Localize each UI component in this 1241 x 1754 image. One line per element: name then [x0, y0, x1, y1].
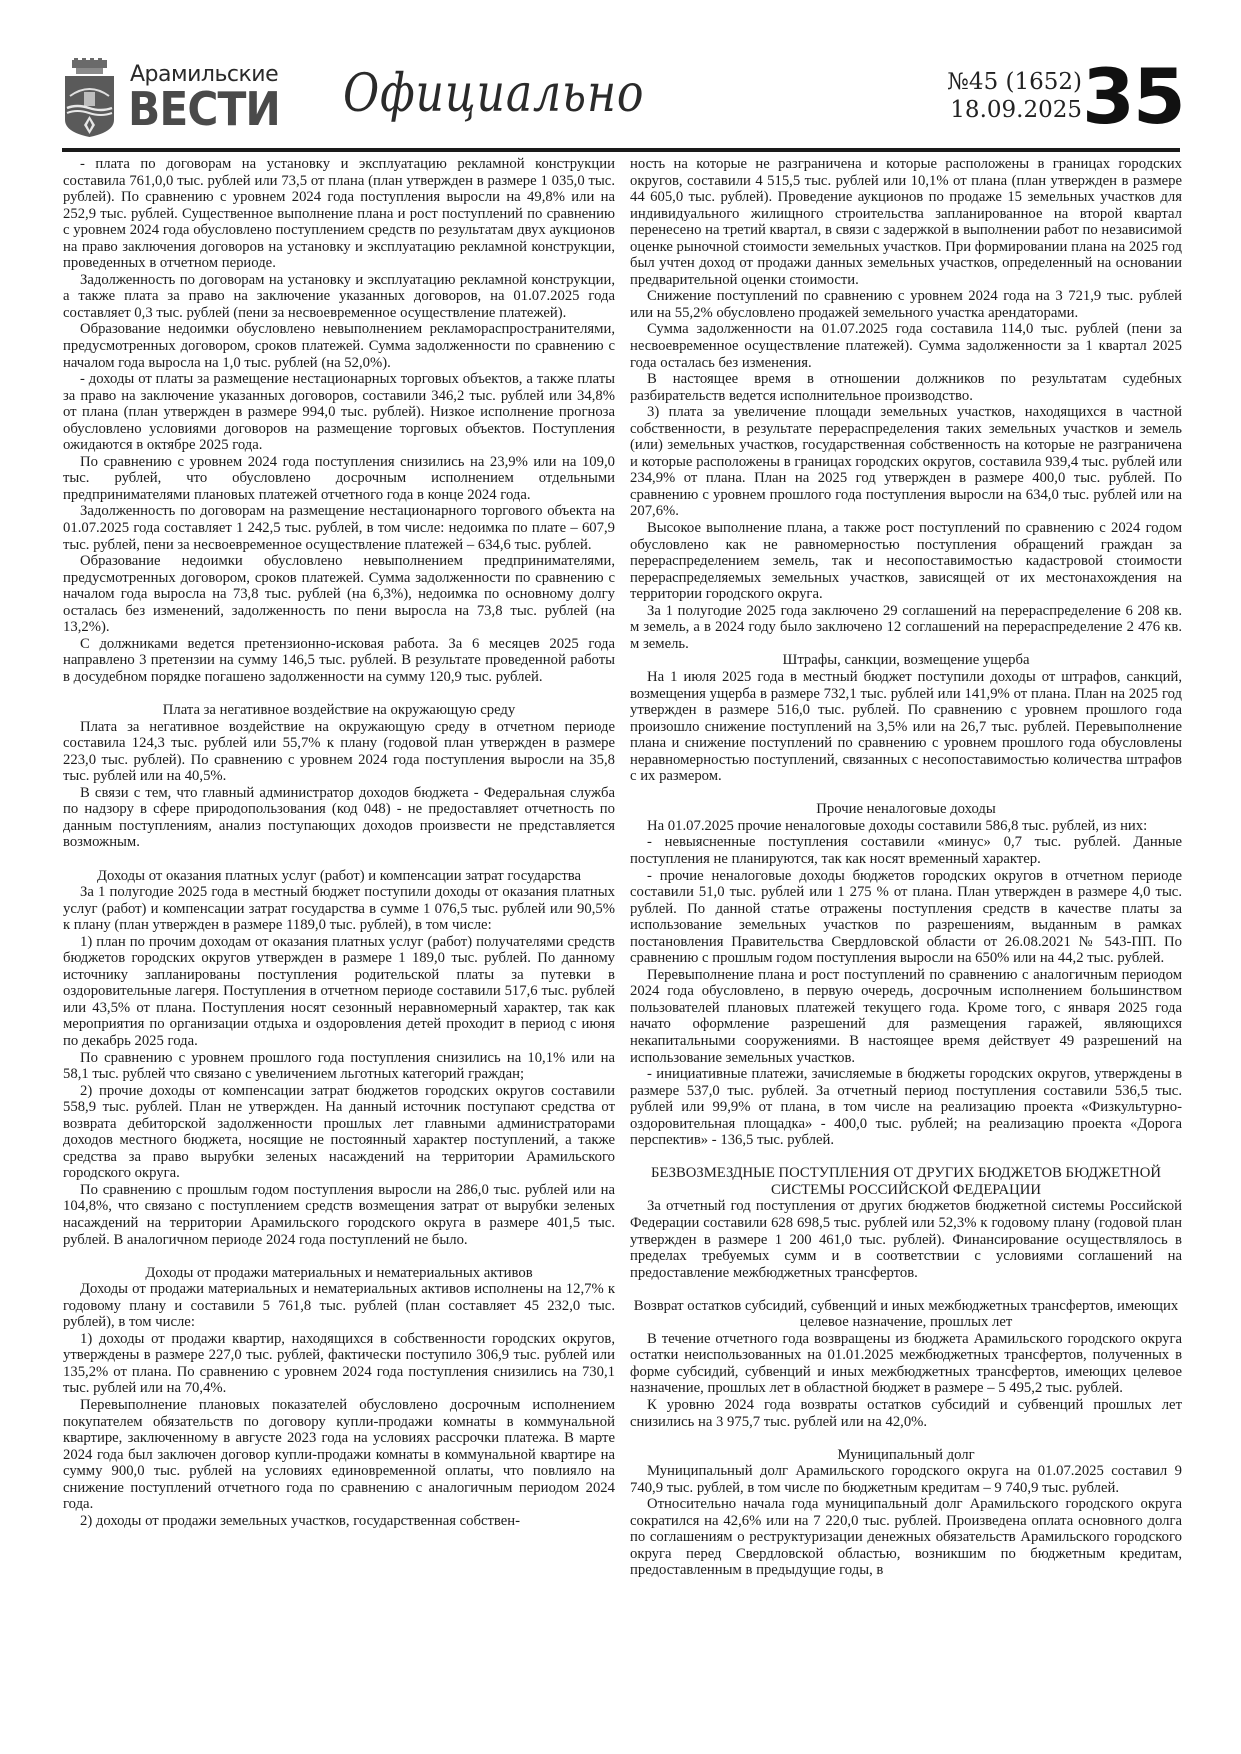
- paragraph: Перевыполнение плановых показателей обус…: [63, 1397, 615, 1513]
- paragraph: 2) доходы от продажи земельных участков,…: [63, 1513, 615, 1530]
- paragraph: Перевыполнение плана и рост поступлений …: [630, 967, 1182, 1066]
- paragraph: За отчетный год поступления от других бю…: [630, 1198, 1182, 1281]
- paragraph: По сравнению с уровнем прошлого года пос…: [63, 1050, 615, 1083]
- paragraph: - доходы от платы за размещение нестацио…: [63, 371, 615, 454]
- paragraph: С должниками ведется претензионно-искова…: [63, 636, 615, 686]
- issue-number: №45 (1652): [862, 68, 1082, 96]
- paragraph: Сумма задолженности на 01.07.2025 года с…: [630, 321, 1182, 371]
- section-heading-subsidy-returns: Возврат остатков субсидий, субвенций и и…: [630, 1298, 1182, 1331]
- paragraph: 3) плата за увеличение площади земельных…: [630, 404, 1182, 520]
- paragraph: - инициативные платежи, зачисляемые в бю…: [630, 1066, 1182, 1149]
- section-heading-other-nontax: Прочие неналоговые доходы: [630, 801, 1182, 818]
- section-heading-fines: Штрафы, санкции, возмещение ущерба: [630, 652, 1182, 669]
- logo-title-main: ВЕСТИ: [128, 84, 280, 134]
- section-title: Официально: [343, 64, 644, 124]
- masthead: Арамильские ВЕСТИ Официально №45 (1652) …: [62, 58, 1180, 138]
- paragraph: За 1 полугодие 2025 года в местный бюдже…: [63, 884, 615, 934]
- spacer: [630, 1149, 1182, 1166]
- paragraph: В связи с тем, что главный администратор…: [63, 785, 615, 851]
- paragraph: 1) доходы от продажи квартир, находящихс…: [63, 1331, 615, 1397]
- spacer: [63, 1248, 615, 1265]
- paragraph: Задолженность по договорам на размещение…: [63, 503, 615, 553]
- paragraph: Задолженность по договорам на установку …: [63, 272, 615, 322]
- spacer: [63, 851, 615, 868]
- section-heading-transfers: БЕЗВОЗМЕЗДНЫЕ ПОСТУПЛЕНИЯ ОТ ДРУГИХ БЮДЖ…: [630, 1165, 1182, 1198]
- paragraph: На 1 июля 2025 года в местный бюджет пос…: [630, 669, 1182, 785]
- spacer: [630, 1430, 1182, 1447]
- section-heading-environment: Плата за негативное воздействие на окруж…: [63, 702, 615, 719]
- paragraph: 2) прочие доходы от компенсации затрат б…: [63, 1083, 615, 1182]
- paragraph: Образование недоимки обусловлено невыпол…: [63, 553, 615, 636]
- paragraph: Образование недоимки обусловлено невыпол…: [63, 321, 615, 371]
- paragraph: 1) план по прочим доходам от оказания пл…: [63, 934, 615, 1050]
- issue-date: 18.09.2025: [862, 96, 1082, 124]
- section-heading-paid-services: Доходы от оказания платных услуг (работ)…: [63, 868, 615, 885]
- paragraph: Высокое выполнение плана, а также рост п…: [630, 520, 1182, 603]
- paragraph: Плата за негативное воздействие на окруж…: [63, 719, 615, 785]
- paragraph: ность на которые не разграничена и котор…: [630, 156, 1182, 288]
- paragraph: В настоящее время в отношении должников …: [630, 371, 1182, 404]
- paragraph: - плата по договорам на установку и эксп…: [63, 156, 615, 272]
- issue-info: №45 (1652) 18.09.2025: [862, 68, 1082, 124]
- header-divider: [62, 148, 1180, 152]
- city-coat-of-arms-icon: [62, 58, 117, 138]
- paragraph: Снижение поступлений по сравнению с уров…: [630, 288, 1182, 321]
- right-column: ность на которые не разграничена и котор…: [630, 156, 1182, 1579]
- paragraph: По сравнению с прошлым годом поступления…: [63, 1182, 615, 1248]
- spacer: [630, 1281, 1182, 1298]
- paragraph: В течение отчетного года возвращены из б…: [630, 1331, 1182, 1397]
- section-heading-municipal-debt: Муниципальный долг: [630, 1447, 1182, 1464]
- page-number: 35: [1082, 52, 1182, 141]
- spacer: [63, 686, 615, 703]
- paragraph: Муниципальный долг Арамильского городско…: [630, 1463, 1182, 1496]
- paragraph: По сравнению с уровнем 2024 года поступл…: [63, 454, 615, 504]
- paragraph: За 1 полугодие 2025 года заключено 29 со…: [630, 603, 1182, 653]
- paragraph: - невыясненные поступления составили «ми…: [630, 834, 1182, 867]
- paragraph: Относительно начала года муниципальный д…: [630, 1496, 1182, 1579]
- spacer: [630, 785, 1182, 802]
- paragraph: Доходы от продажи материальных и нематер…: [63, 1281, 615, 1331]
- paragraph: К уровню 2024 года возвраты остатков суб…: [630, 1397, 1182, 1430]
- section-heading-asset-sales: Доходы от продажи материальных и нематер…: [63, 1265, 615, 1282]
- paragraph: На 01.07.2025 прочие неналоговые доходы …: [630, 818, 1182, 835]
- left-column: - плата по договорам на установку и эксп…: [63, 156, 615, 1529]
- paragraph: - прочие неналоговые доходы бюджетов гор…: [630, 868, 1182, 967]
